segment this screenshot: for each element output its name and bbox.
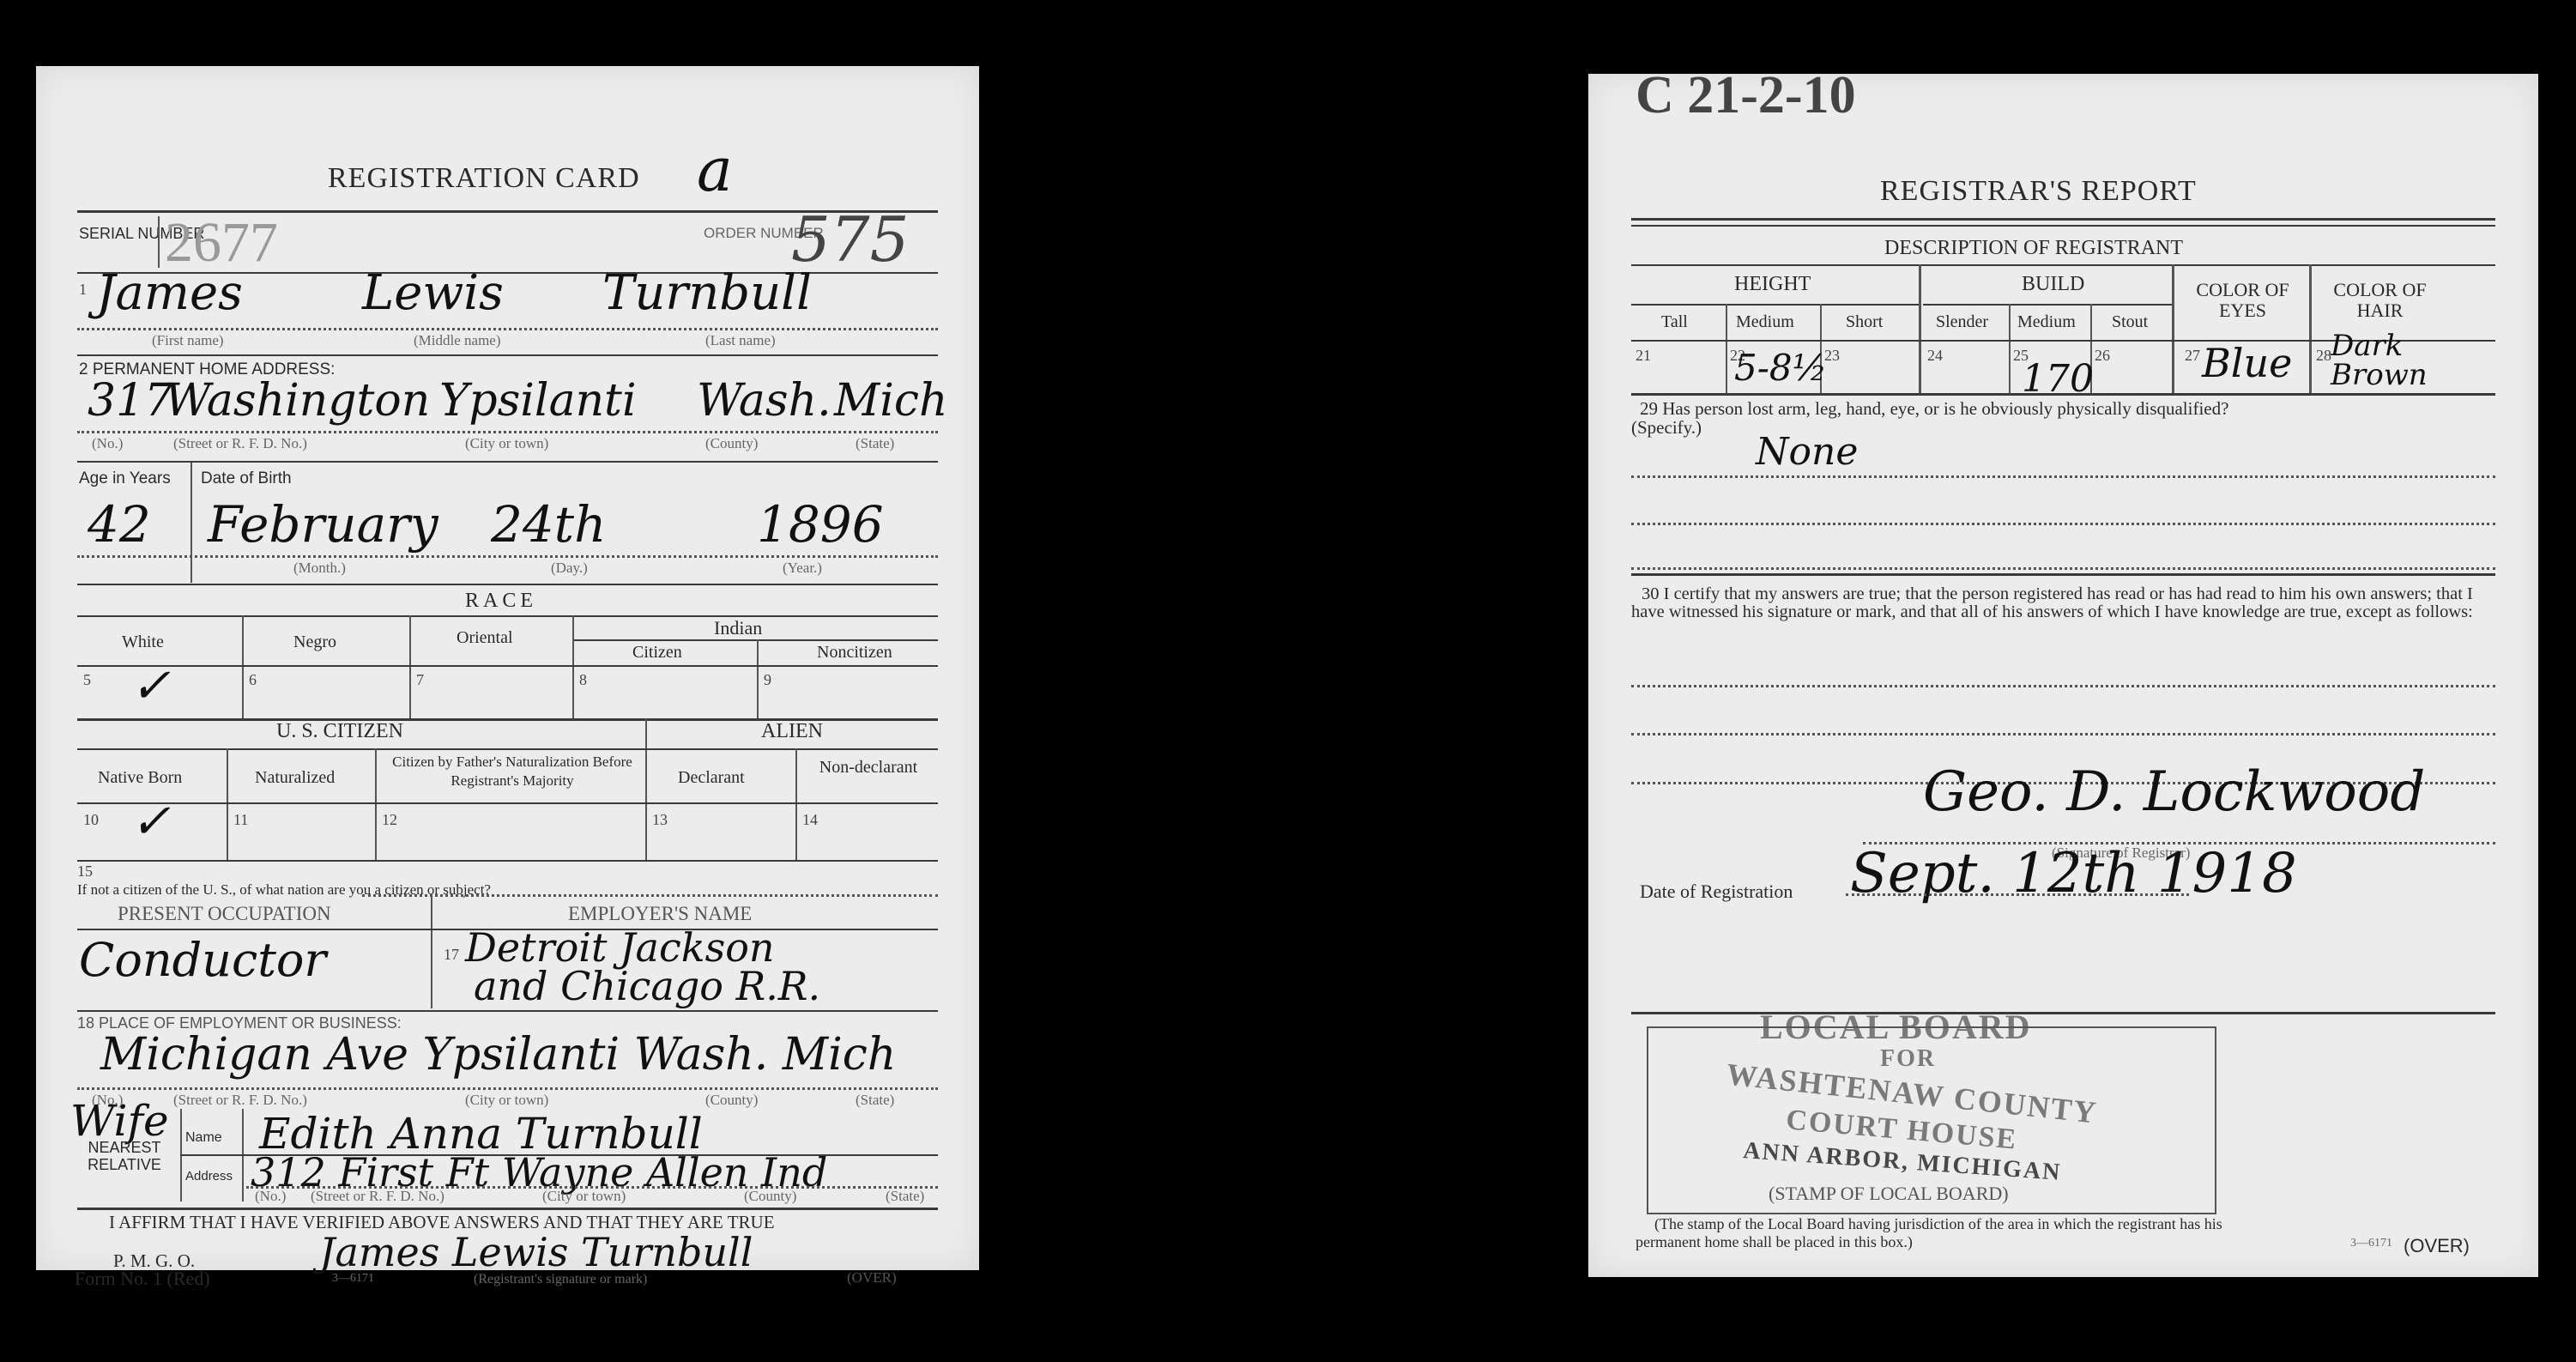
- over-label: (OVER): [847, 1269, 897, 1286]
- occupation-value: Conductor: [79, 933, 326, 987]
- field-number: 14: [802, 811, 818, 829]
- q30-text: 30 I certify that my answers are true; t…: [1631, 585, 2498, 621]
- field-number: 28: [2316, 347, 2331, 365]
- dob-month: February: [208, 495, 438, 554]
- report-title: REGISTRAR'S REPORT: [1880, 175, 2197, 208]
- us-citizen-heading: U. S. CITIZEN: [276, 720, 403, 743]
- description-heading: DESCRIPTION OF REGISTRANT: [1884, 237, 2183, 260]
- caption-last-name: (Last name): [705, 332, 776, 349]
- stamp-box: LOCAL BOARD FOR WASHTENAW COUNTY COURT H…: [1647, 1026, 2216, 1214]
- relative-name-label: Name: [185, 1130, 222, 1146]
- caption-city: (City or town): [465, 1092, 548, 1109]
- citizen-label-naturalized: Naturalized: [255, 768, 335, 788]
- col-slender: Slender: [1936, 312, 1988, 332]
- file-code: C 21-2-10: [1636, 65, 1856, 126]
- field-number: 10: [83, 811, 99, 829]
- caption-state: (State): [856, 435, 894, 452]
- field-number: 23: [1824, 347, 1840, 365]
- caption-no: (No.): [255, 1188, 286, 1205]
- employer-label: EMPLOYER'S NAME: [568, 903, 752, 925]
- dob-label: Date of Birth: [201, 469, 292, 488]
- age-label: Age in Years: [79, 469, 171, 488]
- race-label-white: White: [122, 633, 164, 652]
- field-number: 24: [1927, 347, 1943, 365]
- q29-specify: (Specify.): [1631, 417, 1702, 439]
- caption-no: (No.): [92, 435, 123, 452]
- home-address-number: 317: [88, 375, 172, 427]
- race-label-oriental: Oriental: [457, 628, 513, 648]
- field-number: 12: [382, 811, 397, 829]
- eyes-value: Blue: [2202, 340, 2292, 386]
- height-heading: HEIGHT: [1734, 273, 1811, 296]
- stamp-note: (The stamp of the Local Board having jur…: [1636, 1215, 2236, 1251]
- q29-answer: None: [1756, 430, 1858, 474]
- field-number: 11: [233, 811, 248, 829]
- eyes-heading: COLOR OF EYES: [2180, 280, 2305, 321]
- q29-text: 29 Has person lost arm, leg, hand, eye, …: [1640, 398, 2228, 420]
- registrant-signature: James Lewis Turnbull: [319, 1229, 753, 1275]
- over-label: (OVER): [2404, 1235, 2470, 1257]
- card-title: REGISTRATION CARD: [328, 162, 640, 195]
- caption-county: (County): [744, 1188, 796, 1205]
- field-number: 5: [83, 671, 91, 689]
- dob-day: 24th: [491, 495, 606, 554]
- employer-name-line2: and Chicago R.R.: [474, 963, 820, 1009]
- race-label-indian-noncitizen: Noncitizen: [817, 643, 892, 663]
- native-born-check[interactable]: ✓: [130, 794, 171, 850]
- field-number: 21: [1636, 347, 1651, 365]
- last-name: Turnbull: [602, 265, 812, 321]
- occupation-label: PRESENT OCCUPATION: [118, 903, 331, 925]
- caption-state: (State): [886, 1188, 924, 1205]
- height-value: 5-8½: [1734, 347, 1827, 389]
- race-white-check[interactable]: ✓: [130, 658, 171, 714]
- caption-street: (Street or R. F. D. No.): [311, 1188, 444, 1205]
- home-address-state: Mich: [834, 375, 948, 427]
- caption-county: (County): [705, 1092, 758, 1109]
- date-of-registration-label: Date of Registration: [1640, 881, 1793, 903]
- caption-street: (Street or R. F. D. No.): [173, 1092, 307, 1109]
- field-number: 9: [764, 671, 771, 689]
- registrars-report-card: C 21-2-10 REGISTRAR'S REPORT DESCRIPTION…: [1588, 74, 2538, 1277]
- indian-heading: Indian: [714, 617, 762, 639]
- home-address-city: Ypsilanti: [439, 375, 637, 427]
- place-value: Michigan Ave Ypsilanti Wash. Mich: [100, 1029, 896, 1081]
- field-number: 7: [416, 671, 424, 689]
- alien-label-nondeclarant: Non-declarant: [808, 757, 928, 778]
- col-build-medium: Medium: [2017, 312, 2076, 332]
- caption-day: (Day.): [551, 560, 588, 577]
- stamp-caption: (STAMP OF LOCAL BOARD): [1769, 1183, 2009, 1205]
- field-number: 27: [2185, 347, 2200, 365]
- col-height-medium: Medium: [1736, 312, 1794, 332]
- age-value: 42: [88, 495, 151, 554]
- alien-heading: ALIEN: [761, 720, 823, 743]
- citizen-label-fathers-naturalization: Citizen by Father's Naturalization Befor…: [384, 753, 641, 790]
- race-label-negro: Negro: [293, 633, 336, 652]
- citizen-label-native-born: Native Born: [98, 768, 182, 788]
- order-number-label: ORDER NUMBER: [704, 225, 772, 242]
- registrar-signature: Geo. D. Lockwood: [1923, 760, 2425, 824]
- form-code: 3—6171: [2350, 1237, 2392, 1250]
- field-number: 13: [652, 811, 668, 829]
- caption-street: (Street or R. F. D. No.): [173, 435, 307, 452]
- field-number: 26: [2095, 347, 2110, 365]
- registration-card: REGISTRATION CARD a SERIAL NUMBER 2677 O…: [36, 66, 979, 1270]
- col-short: Short: [1846, 312, 1883, 332]
- col-tall: Tall: [1661, 312, 1688, 332]
- hair-value: Dark Brown: [2331, 331, 2451, 390]
- field-number: 8: [579, 671, 587, 689]
- form-code: 3—6171: [332, 1272, 374, 1286]
- relative-address-label: Address: [185, 1169, 233, 1183]
- dob-year: 1896: [757, 495, 884, 554]
- title-mark: a: [697, 135, 733, 205]
- middle-name: Lewis: [362, 265, 504, 321]
- caption-city: (City or town): [542, 1188, 626, 1205]
- build-heading: BUILD: [2022, 273, 2084, 296]
- field-number: 17: [444, 946, 459, 964]
- caption-middle-name: (Middle name): [414, 332, 501, 349]
- stamp-line: LOCAL BOARD: [1760, 1007, 2032, 1047]
- alien-label-declarant: Declarant: [678, 768, 745, 788]
- field-number: 1: [79, 281, 87, 299]
- caption-year: (Year.): [783, 560, 822, 577]
- nearest-relative-label: NEAREST RELATIVE: [77, 1139, 172, 1173]
- col-stout: Stout: [2112, 312, 2148, 332]
- form-number: Form No. 1 (Red): [75, 1268, 210, 1290]
- home-address-county: Wash.: [697, 375, 831, 427]
- home-address-street: Washington: [165, 375, 430, 427]
- signature-caption: (Registrant's signature or mark): [474, 1272, 647, 1287]
- stamp-line: FOR: [1880, 1045, 1936, 1073]
- caption-county: (County): [705, 435, 758, 452]
- race-label-indian-citizen: Citizen: [632, 643, 682, 663]
- caption-state: (State): [856, 1092, 894, 1109]
- caption-month: (Month.): [293, 560, 346, 577]
- first-name: James: [96, 265, 243, 321]
- caption-first-name: (First name): [152, 332, 224, 349]
- caption-city: (City or town): [465, 435, 548, 452]
- serial-number-label: SERIAL NUMBER: [79, 225, 156, 242]
- race-heading: RACE: [465, 590, 537, 613]
- field-number: 6: [249, 671, 257, 689]
- hair-heading: COLOR OF HAIR: [2318, 280, 2442, 321]
- field-number: 15: [77, 863, 93, 881]
